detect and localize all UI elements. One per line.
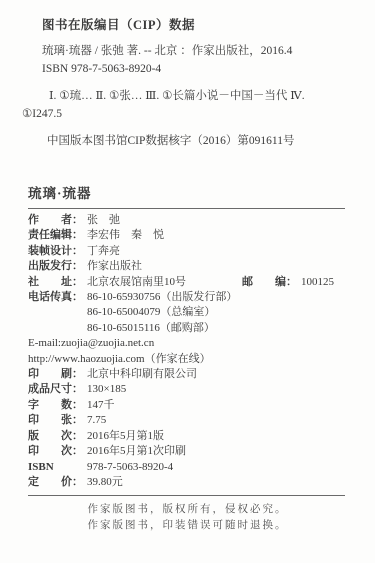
field-row-wordcount: 字 数：147千	[28, 398, 347, 413]
publication-fields: 作 者：张 弛 责任编辑：李宏伟 秦 悦 装帧设计：丁奔亮 出版发行：作家出版社…	[28, 213, 347, 490]
field-row-size: 成品尺寸：130×185	[28, 382, 347, 397]
field-label: 邮 编：	[242, 275, 301, 290]
website-suffix: （作家在线）	[145, 353, 211, 365]
cip-heading: 图书在版编目（CIP）数据	[42, 16, 347, 34]
field-postcode: 邮 编：100125	[242, 275, 334, 290]
field-value: 李宏伟 秦 悦	[87, 229, 164, 241]
cip-classification-line: Ⅰ. ①琉… Ⅱ. ①张… Ⅲ. ①长篇小说－中国－当代 Ⅳ.	[42, 87, 347, 105]
cip-classification-continued: ①I247.5	[22, 105, 347, 123]
field-value: 作家出版社	[87, 260, 142, 272]
field-label: 社 址：	[28, 275, 87, 290]
copyright-page: 图书在版编目（CIP）数据 琉璃·琉器 / 张弛 著. -- 北京 ：作家出版社…	[0, 0, 375, 563]
field-row-email: E-mail:zuojia@zuojia.net.cn	[28, 336, 347, 351]
field-row-isbn: ISBN978-7-5063-8920-4	[28, 460, 347, 475]
field-row-printer: 印 刷：北京中科印刷有限公司	[28, 367, 347, 382]
field-row-publisher: 出版发行：作家出版社	[28, 259, 347, 274]
field-value: 147千	[87, 399, 115, 411]
field-value: 130×185	[87, 383, 126, 395]
field-row-address: 社 址：北京农展馆南里10号 邮 编：100125	[28, 275, 347, 290]
field-row-author: 作 者：张 弛	[28, 213, 347, 228]
field-value: 张 弛	[87, 214, 120, 226]
field-label: 责任编辑：	[28, 228, 87, 243]
cip-block: 图书在版编目（CIP）数据 琉璃·琉器 / 张弛 著. -- 北京 ：作家出版社…	[42, 16, 347, 150]
field-label: 作 者：	[28, 213, 87, 228]
field-row-phone-3: 86-10-65015116（邮购部）	[28, 321, 347, 336]
field-label: 装帧设计：	[28, 244, 87, 259]
field-row-phone-2: 86-10-65004079（总编室）	[28, 305, 347, 320]
field-label: 字 数：	[28, 398, 87, 413]
exchange-notice: 作家版图书，印装错误可随时退换。	[28, 518, 347, 534]
field-value: 7.75	[87, 414, 106, 426]
field-label: 成品尺寸：	[28, 382, 87, 397]
field-value: 2016年5月第1版	[87, 430, 164, 442]
field-value: 86-10-65015116（邮购部）	[87, 322, 215, 334]
field-label: ISBN	[28, 460, 87, 475]
field-value: 2016年5月第1次印刷	[87, 445, 186, 457]
footer-divider-rule	[28, 495, 345, 496]
field-row-edition: 版 次：2016年5月第1版	[28, 429, 347, 444]
field-value: 北京中科印刷有限公司	[87, 368, 197, 380]
copyright-notice: 作家版图书，版权所有，侵权必究。	[28, 502, 347, 518]
field-row-designer: 装帧设计：丁奔亮	[28, 244, 347, 259]
field-value: 86-10-65930756（出版发行部）	[87, 291, 237, 303]
field-label: 印 刷：	[28, 367, 87, 382]
field-label: 出版发行：	[28, 259, 87, 274]
field-label: 版 次：	[28, 429, 87, 444]
field-value: 39.80元	[87, 476, 123, 488]
field-row-website: http://www.haozuojia.com（作家在线）	[28, 352, 347, 367]
field-label: 定 价：	[28, 475, 87, 490]
email-text: E-mail:zuojia@zuojia.net.cn	[28, 337, 154, 349]
field-row-sheets: 印 张：7.75	[28, 413, 347, 428]
field-label: 电话传真：	[28, 290, 87, 305]
field-value: 丁奔亮	[87, 245, 120, 257]
field-label: 印 次：	[28, 444, 87, 459]
book-title: 琉璃·琉器	[28, 182, 347, 202]
cip-record-number: 中国版本图书馆CIP数据核字（2016）第091611号	[47, 132, 347, 150]
website-url-text: http://www.haozuojia.com	[28, 353, 145, 365]
field-row-editor: 责任编辑：李宏伟 秦 悦	[28, 228, 347, 243]
title-divider-rule	[28, 208, 345, 209]
cip-isbn-line: ISBN 978-7-5063-8920-4	[42, 60, 347, 78]
field-value: 北京农展馆南里10号	[87, 276, 186, 288]
field-value: 100125	[301, 276, 334, 288]
field-row-impression: 印 次：2016年5月第1次印刷	[28, 444, 347, 459]
field-row-phone: 电话传真：86-10-65930756（出版发行部）	[28, 290, 347, 305]
field-value: 978-7-5063-8920-4	[87, 461, 173, 473]
field-label: 印 张：	[28, 413, 87, 428]
field-value: 86-10-65004079（总编室）	[87, 306, 215, 318]
cip-title-line: 琉璃·琉器 / 张弛 著. -- 北京 ：作家出版社，2016.4	[42, 42, 347, 60]
field-row-price: 定 价：39.80元	[28, 475, 347, 490]
